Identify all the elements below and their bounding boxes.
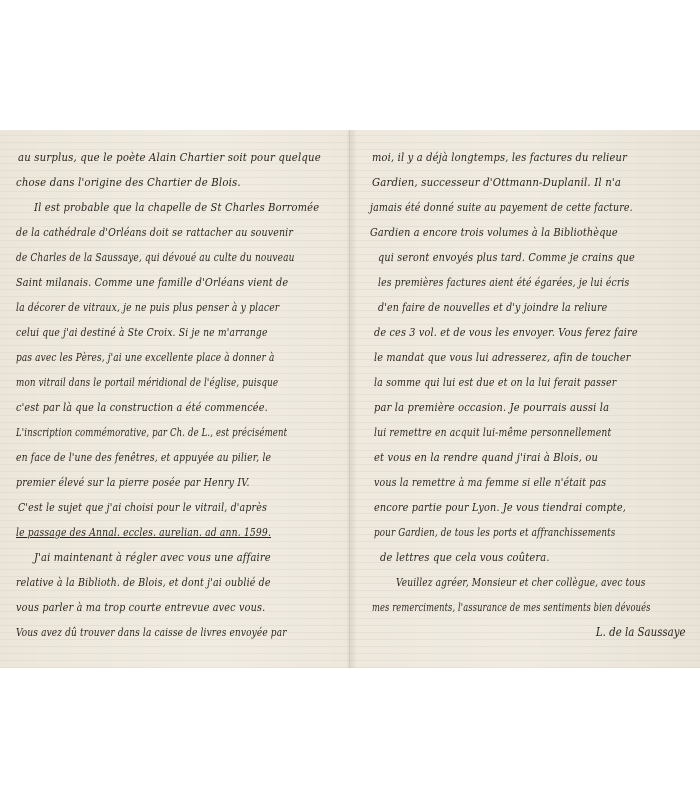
letter-paper: au surplus, que le poète Alain Chartier …	[0, 130, 700, 668]
letter-line: et vous en la rendre quand j'irai à Bloi…	[374, 450, 598, 464]
letter-line: relative à la Biblioth. de Blois, et don…	[16, 575, 271, 589]
letter-line: de la cathédrale d'Orléans doit se ratta…	[16, 225, 293, 239]
letter-line: Il est probable que la chapelle de St Ch…	[34, 200, 319, 214]
letter-line: Saint milanais. Comme une famille d'Orlé…	[16, 275, 288, 289]
letter-line: Gardien, successeur d'Ottmann-Duplanil. …	[372, 175, 621, 189]
letter-line: vous parler à ma trop courte entrevue av…	[16, 600, 265, 614]
letter-line: Vous avez dû trouver dans la caisse de l…	[16, 625, 287, 639]
letter-line: mon vitrail dans le portail méridional d…	[16, 375, 278, 389]
letter-line: L'inscription commémorative, par Ch. de …	[16, 425, 287, 439]
letter-line: c'est par là que la construction a été c…	[16, 400, 268, 414]
letter-line: moi, il y a déjà longtemps, les factures…	[372, 150, 627, 164]
letter-line: celui que j'ai destiné à Ste Croix. Si j…	[16, 325, 268, 339]
letter-line: pas avec les Pères, j'ai une excellente …	[16, 350, 275, 364]
letter-line: la décorer de vitraux, je ne puis plus p…	[16, 300, 279, 314]
letter-line: en face de l'une des fenêtres, et appuyé…	[16, 450, 271, 464]
letter-line: Veuillez agréer, Monsieur et cher collèg…	[396, 575, 646, 589]
letter-line: le mandat que vous lui adresserez, afin …	[374, 350, 631, 364]
letter-line: lui remettre en acquit lui-même personne…	[374, 425, 611, 439]
letter-line: au surplus, que le poète Alain Chartier …	[18, 150, 321, 164]
letter-line: le passage des Annal. eccles. aurelian. …	[16, 525, 271, 539]
signature: L. de la Saussaye	[596, 625, 686, 639]
letter-line: Gardien a encore trois volumes à la Bibl…	[370, 225, 618, 239]
letter-line: pour Gardien, de tous les ports et affra…	[374, 525, 615, 539]
letter-line: jamais été donné suite au payement de ce…	[370, 200, 633, 214]
letter-line: J'ai maintenant à régler avec vous une a…	[34, 550, 271, 564]
letter-line: chose dans l'origine des Chartier de Blo…	[16, 175, 241, 189]
letter-line: les premières factures aient été égarées…	[378, 275, 629, 289]
letter-line: encore partie pour Lyon. Je vous tiendra…	[374, 500, 626, 514]
letter-line: C'est le sujet que j'ai choisi pour le v…	[18, 500, 267, 514]
letter-line: par la première occasion. Je pourrais au…	[374, 400, 609, 414]
letter-line: vous la remettre à ma femme si elle n'ét…	[374, 475, 606, 489]
right-page: moi, il y a déjà longtemps, les factures…	[350, 130, 700, 668]
letter-line: de ces 3 vol. et de vous les envoyer. Vo…	[374, 325, 638, 339]
letter-line: la somme qui lui est due et on la lui fe…	[374, 375, 616, 389]
letter-line: d'en faire de nouvelles et d'y joindre l…	[378, 300, 607, 314]
letter-line: de Charles de la Saussaye, qui dévoué au…	[16, 250, 295, 264]
letter-line: qui seront envoyés plus tard. Comme je c…	[378, 250, 635, 264]
letter-line: mes remerciments, l'assurance de mes sen…	[372, 600, 651, 614]
letter-line: de lettres que cela vous coûtera.	[380, 550, 550, 564]
letter-line: premier élevé sur la pierre posée par He…	[16, 475, 250, 489]
left-page: au surplus, que le poète Alain Chartier …	[0, 130, 350, 668]
